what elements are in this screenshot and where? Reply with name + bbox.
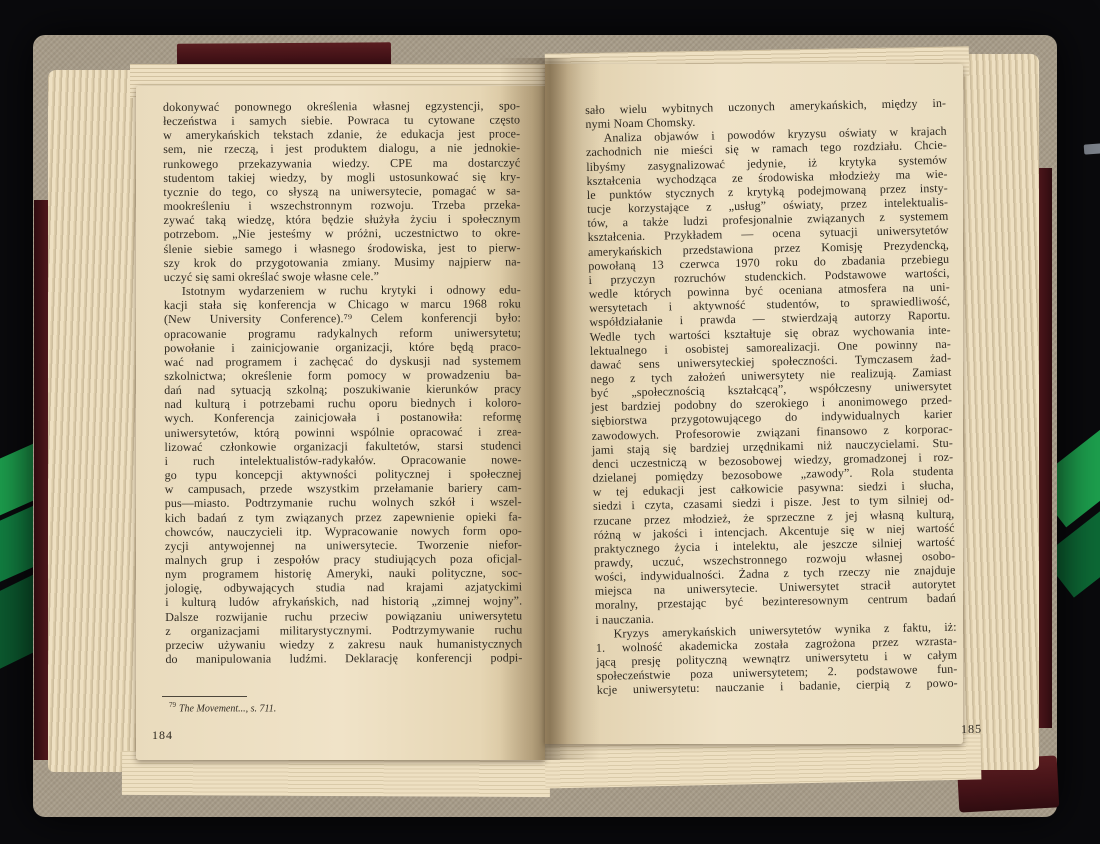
page-edges-left <box>48 70 142 772</box>
text-line: Dalsze rozwijanie ruchu przeciw powiązan… <box>165 608 522 624</box>
text-line: kich badań z tym związanych przez zapewn… <box>165 509 522 525</box>
text-line: i ruch intelektualistów-radykałów. Oprac… <box>165 452 522 468</box>
text-line: zycji antywojennej na uniwersytecie. Two… <box>165 537 522 553</box>
right-page-text: sało wielu wybitnych uczonych amerykańsk… <box>585 96 958 698</box>
text-line: runkowego przekazywania wiedzy. CPE ma d… <box>163 155 520 171</box>
text-line: w campusach, przede wszystkim przełamani… <box>165 481 522 497</box>
text-line: go typu koncepcji aktywności politycznej… <box>165 467 522 483</box>
page-edges-right <box>963 54 1039 770</box>
text-line: uczyć się sami określać swoje własne cel… <box>164 268 521 284</box>
text-line: wać nad programem i zachęcać do dyskusji… <box>164 353 521 369</box>
text-line: nad kulturą i potrzebami ruchu oporu bie… <box>164 396 521 412</box>
page-number-left: 184 <box>152 728 173 743</box>
text-line: szy krok do przygotowania zmiany. Musimy… <box>164 254 521 270</box>
footnote: 79The Movement..., s. 711. <box>163 701 499 714</box>
text-line: ślenie siebie samego i własnego środowis… <box>164 240 521 256</box>
text-line: uniwersytetów, którą powinni wspólnie op… <box>164 424 521 440</box>
text-line: chowców, nauczycieli itp. Wypracowanie n… <box>165 523 522 539</box>
text-line: szkolnictwa; określenie form pomocy w pr… <box>164 367 521 383</box>
text-line: powołanie i zainicjowanie organizacji, k… <box>164 339 521 355</box>
text-line: jologię, odbywających studia nad krajami… <box>165 580 522 596</box>
text-line: z organizacjami militarystycznymi. Podtr… <box>165 622 522 638</box>
text-line: mookreśleniu i wszechstronnym rozwoju. T… <box>163 198 520 214</box>
text-line: pus—miasto. Podtrzymanie ruchu wolnych s… <box>165 495 522 511</box>
text-line: wych. Konferencja zainicjowała i postano… <box>164 410 521 426</box>
text-line: sem, nie rzeczą, i jest produktem dialog… <box>163 141 520 157</box>
text-line: łeczeństwa i samych siebie. Powraca tu c… <box>163 113 520 129</box>
text-line: w amerykańskich tekstach zdanie, że eduk… <box>163 127 520 143</box>
page-number-right: 185 <box>948 722 982 738</box>
text-line: opracowanie programu radykalnych reform … <box>164 325 521 341</box>
text-line: do manipulowania ludźmi. Deklarację konf… <box>165 651 522 667</box>
text-line: zywać taką wiedzę, która będzie służyła … <box>163 212 520 228</box>
text-line: potrzebom. „Nie jesteśmy w próżni, uczes… <box>164 226 521 242</box>
text-line: i kulturą ludów afrykańskich, nad histor… <box>165 594 522 610</box>
text-line: dokonywać ponownego określenia własnej e… <box>163 98 520 114</box>
text-line: (New University Conference).⁷⁹ Celem kon… <box>164 311 521 327</box>
text-line: Istotnym wydarzeniem w ruchu krytyki i o… <box>164 282 521 298</box>
grey-bar-background <box>1084 143 1100 154</box>
footnote-marker: 79 <box>169 701 176 709</box>
text-line: studentom takiej wiedzy, by mogli ustosu… <box>163 169 520 185</box>
text-line: tycznie do tego, co słyszą na uniwersyte… <box>163 183 520 199</box>
left-page-text: dokonywać ponownego określenia własnej e… <box>163 98 522 666</box>
text-line: dań nad sytuacją szkolną; poszukiwanie k… <box>164 382 521 398</box>
text-line: malnych grup i zespołów pracy studiujący… <box>165 551 522 567</box>
footnote-text: The Movement..., s. 711. <box>179 703 276 714</box>
footnote-rule <box>162 696 247 697</box>
text-line: przeciw używaniu wiedzy z zakresu nauk h… <box>165 636 522 652</box>
text-line: kacji stała się konferencja w Chicago w … <box>164 297 521 313</box>
text-line: lizować członkowie organizacji fakultetó… <box>164 438 521 454</box>
text-line: nym programem historię Ameryki, nauki po… <box>165 566 522 582</box>
